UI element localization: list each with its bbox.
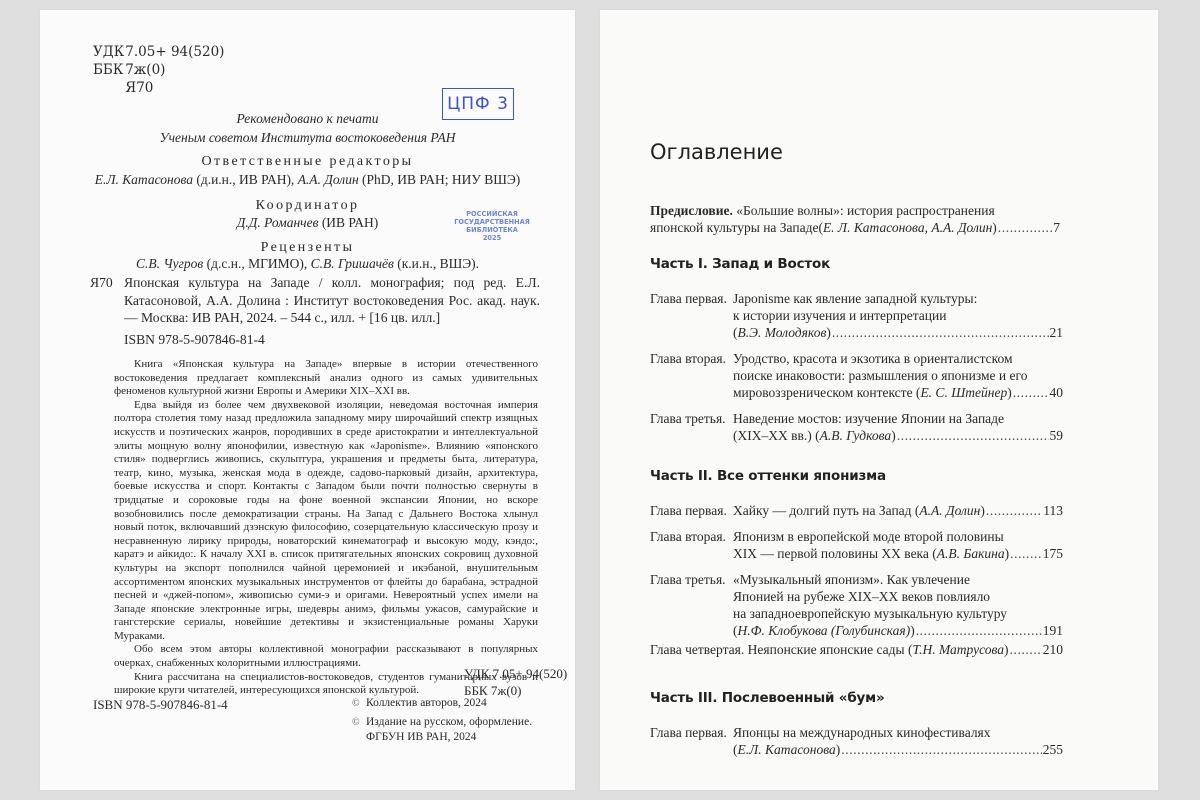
dot-leader [897, 427, 1049, 444]
page-number: 113 [1043, 502, 1063, 519]
toc-chapter[interactable]: Глава четвертая. Неяпонские японские сад… [650, 641, 1063, 658]
toc-chapter[interactable]: Глава первая. Japonisme как явление запа… [650, 290, 1063, 341]
imprint-classification: УДК 7.05+ 94(520) ББК 7ж(0) [464, 665, 567, 699]
toc-part-heading[interactable]: Часть II. Все оттенки японизма [650, 468, 886, 484]
page-number: 21 [1050, 324, 1064, 341]
toc-chapter[interactable]: Глава вторая. Японизм в европейской моде… [650, 528, 1063, 562]
bbk-line: ББК 7ж(0) [93, 62, 165, 79]
author-sign-line: Я70 [93, 80, 153, 97]
editors-heading: Ответственные редакторы [40, 154, 575, 170]
dot-leader [832, 324, 1049, 341]
copyright-icon: © [352, 696, 360, 711]
dot-leader [916, 622, 1042, 639]
toc-title: Оглавление [650, 140, 783, 164]
reviewers-heading: Рецензенты [40, 240, 575, 256]
page-number: 175 [1043, 545, 1063, 562]
copyright-line: © Издание на русском, оформление. ФГБУН … [352, 715, 566, 745]
isbn: ISBN 978-5-907846-81-4 [124, 331, 540, 349]
right-page-contents: Оглавление Предисловие. «Большие волны»:… [600, 10, 1158, 790]
toc-chapter[interactable]: Глава третья. «Музыкальный японизм». Как… [650, 571, 1063, 639]
copyright-icon: © [352, 715, 360, 730]
page-number: 191 [1043, 622, 1063, 639]
dot-leader [1010, 545, 1042, 562]
dot-leader [1010, 641, 1042, 658]
bibliographic-record: Я70 Японская культура на Западе / колл. … [90, 274, 540, 348]
recommendation: Рекомендовано к печати Ученым советом Ин… [40, 109, 575, 147]
dot-leader [986, 502, 1042, 519]
dot-leader [998, 219, 1052, 236]
book-abstract: Книга «Японская культура на Западе» впер… [114, 358, 538, 698]
library-stamp: РОССИЙСКАЯ ГОСУДАРСТВЕННАЯ БИБЛИОТЕКА 20… [446, 210, 538, 242]
page-number: 255 [1043, 741, 1063, 758]
abstract-paragraph: Едва выйдя из более чем двухвековой изол… [114, 399, 538, 644]
toc-chapter[interactable]: Глава вторая. Уродство, красота и экзоти… [650, 350, 1063, 401]
reviewers-line: С.В. Чугров (д.с.н., МГИМО), С.В. Гришач… [40, 256, 575, 272]
toc-chapter[interactable]: Глава третья. Наведение мостов: изучение… [650, 410, 1063, 444]
page-number: 59 [1050, 427, 1064, 444]
toc-part-heading[interactable]: Часть I. Запад и Восток [650, 256, 830, 272]
page-number: 7 [1053, 219, 1060, 236]
dot-leader [841, 741, 1041, 758]
dot-leader [1013, 384, 1049, 401]
toc-preface[interactable]: Предисловие. «Большие волны»: история ра… [650, 202, 1060, 236]
page-number: 210 [1043, 641, 1063, 658]
udk-line: УДК 7.05+ 94(520) [93, 44, 224, 61]
copyright-line: © Коллектив авторов, 2024 [352, 696, 566, 711]
abstract-paragraph: Книга «Японская культура на Западе» впер… [114, 358, 538, 399]
page-number: 40 [1050, 384, 1064, 401]
toc-chapter[interactable]: Глава первая. Японцы на международных ки… [650, 724, 1063, 758]
isbn-bottom: ISBN 978-5-907846-81-4 [93, 697, 228, 713]
toc-part-heading[interactable]: Часть III. Послевоенный «бум» [650, 690, 885, 706]
copyright-block: © Коллектив авторов, 2024 © Издание на р… [352, 696, 566, 749]
editors-line: Е.Л. Катасонова (д.и.н., ИВ РАН), А.А. Д… [40, 172, 575, 188]
left-page-imprint: УДК 7.05+ 94(520) ББК 7ж(0) Я70 ЦПФ 3 Ре… [40, 10, 575, 790]
toc-chapter[interactable]: Глава первая. Хайку — долгий путь на Зап… [650, 502, 1063, 519]
